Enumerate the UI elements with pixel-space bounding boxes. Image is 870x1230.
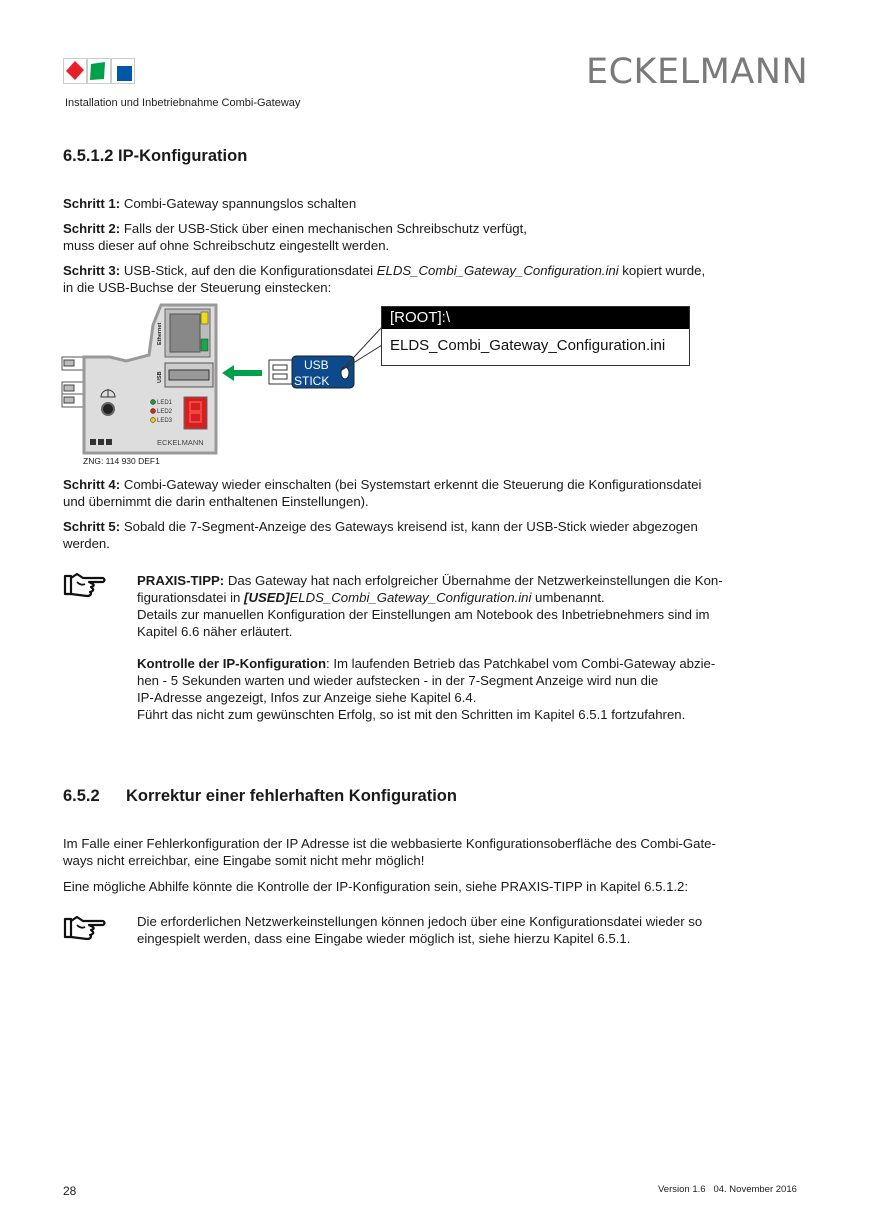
svg-text:Ethernet: Ethernet (157, 323, 163, 345)
svg-text:ECKELMANN: ECKELMANN (157, 438, 204, 447)
tip-text: Führt das nicht zum gewünschten Erfolg, … (137, 707, 685, 722)
tip-text: : Im laufenden Betrieb das Patchkabel vo… (326, 656, 715, 671)
step-5: Schritt 5: Sobald die 7-Segment-Anzeige … (63, 518, 798, 552)
config-filename: ELDS_Combi_Gateway_Configuration.ini (289, 590, 531, 605)
tip-text: Die erforderlichen Netzwerkeinstellungen… (137, 914, 702, 929)
step-text: kopiert wurde, (619, 263, 706, 278)
step-label: Schritt 5: (63, 519, 120, 534)
step-4: Schritt 4: Combi-Gateway wieder einschal… (63, 476, 798, 510)
document-title: Installation und Inbetriebnahme Combi-Ga… (65, 97, 300, 109)
para-text: Im Falle einer Fehlerkonfiguration der I… (63, 836, 716, 851)
svg-text:LED2: LED2 (157, 409, 173, 415)
config-filename: ELDS_Combi_Gateway_Configuration.ini (377, 263, 619, 278)
svg-text:USB: USB (157, 371, 163, 383)
network-settings-tip: Die erforderlichen Netzwerkeinstellungen… (137, 913, 797, 947)
arrow-left-icon (222, 364, 264, 382)
brand-wordmark: ECKELMANN (586, 52, 808, 92)
tip-text: Kapitel 6.6 näher erläutert. (137, 624, 292, 639)
tip-text: IP-Adresse angezeigt, Infos zur Anzeige … (137, 690, 476, 705)
tip-text: hen - 5 Sekunden warten und wieder aufst… (137, 673, 658, 688)
pointing-hand-icon (63, 572, 107, 598)
used-prefix: [USED] (244, 590, 289, 605)
step-text: und übernimmt die darin enthaltenen Eins… (63, 494, 369, 509)
svg-text:USB: USB (304, 358, 329, 372)
section-title: Korrektur einer fehlerhaften Konfigurati… (126, 787, 457, 805)
pointing-hand-icon (63, 915, 107, 941)
tip-text: figurationsdatei in (137, 590, 244, 605)
step-text: Combi-Gateway spannungslos schalten (120, 196, 356, 211)
callout-lines (340, 325, 385, 375)
step-2: Schritt 2: Falls der USB-Stick über eine… (63, 220, 798, 254)
praxis-tipp: PRAXIS-TIPP: Das Gateway hat nach erfolg… (137, 572, 797, 640)
version-info: Version 1.6 04. November 2016 (658, 1184, 797, 1195)
config-file-name: ELDS_Combi_Gateway_Configuration.ini (382, 329, 689, 362)
control-label: Kontrolle der IP-Konfiguration (137, 656, 326, 671)
tip-text: eingespielt werden, dass eine Eingabe wi… (137, 931, 630, 946)
section-heading-652: 6.5.2Korrektur einer fehlerhaften Konfig… (63, 787, 457, 806)
svg-text:LED1: LED1 (157, 400, 173, 406)
step-3: Schritt 3: USB-Stick, auf den die Konfig… (63, 262, 798, 296)
file-path-callout: [ROOT]:\ ELDS_Combi_Gateway_Configuratio… (381, 306, 690, 366)
ip-control-tip: Kontrolle der IP-Konfiguration: Im laufe… (137, 655, 797, 723)
section-heading-6512: 6.5.1.2 IP-Konfiguration (63, 147, 247, 166)
section-number: 6.5.2 (63, 787, 126, 806)
tip-text: umbenannt. (531, 590, 604, 605)
step-label: Schritt 2: (63, 221, 120, 236)
step-label: Schritt 3: (63, 263, 120, 278)
svg-text:LED3: LED3 (157, 418, 173, 424)
tip-text: Das Gateway hat nach erfolgreicher Übern… (224, 573, 722, 588)
figure-caption: ZNG: 114 930 DEF1 (83, 456, 160, 466)
page-number: 28 (63, 1184, 76, 1198)
step-text: Combi-Gateway wieder einschalten (bei Sy… (120, 477, 701, 492)
step-label: Schritt 4: (63, 477, 120, 492)
step-text: muss dieser auf ohne Schreibschutz einge… (63, 238, 389, 253)
step-label: Schritt 1: (63, 196, 120, 211)
eckelmann-logo-icon (63, 58, 135, 84)
svg-text:STICK: STICK (294, 374, 329, 388)
left-connectors-icon (62, 357, 86, 407)
tip-label: PRAXIS-TIPP: (137, 573, 224, 588)
paragraph-remedy: Eine mögliche Abhilfe könnte die Kontrol… (63, 878, 798, 895)
para-text: ways nicht erreichbar, eine Eingabe somi… (63, 853, 424, 868)
gateway-device-illustration: Ethernet USB LED1 LED2 LED3 ECKELMANN (60, 303, 225, 458)
step-text: Falls der USB-Stick über einen mechanisc… (120, 221, 527, 236)
step-text: in die USB-Buchse der Steuerung einsteck… (63, 280, 331, 295)
step-text: werden. (63, 536, 110, 551)
step-text: Sobald die 7-Segment-Anzeige des Gateway… (120, 519, 698, 534)
step-1: Schritt 1: Combi-Gateway spannungslos sc… (63, 195, 798, 212)
para-text: Eine mögliche Abhilfe könnte die Kontrol… (63, 879, 688, 894)
step-text: USB-Stick, auf den die Konfigurationsdat… (120, 263, 377, 278)
root-path: [ROOT]:\ (382, 307, 689, 329)
paragraph-error-config: Im Falle einer Fehlerkonfiguration der I… (63, 835, 798, 869)
tip-text: Details zur manuellen Konfiguration der … (137, 607, 710, 622)
